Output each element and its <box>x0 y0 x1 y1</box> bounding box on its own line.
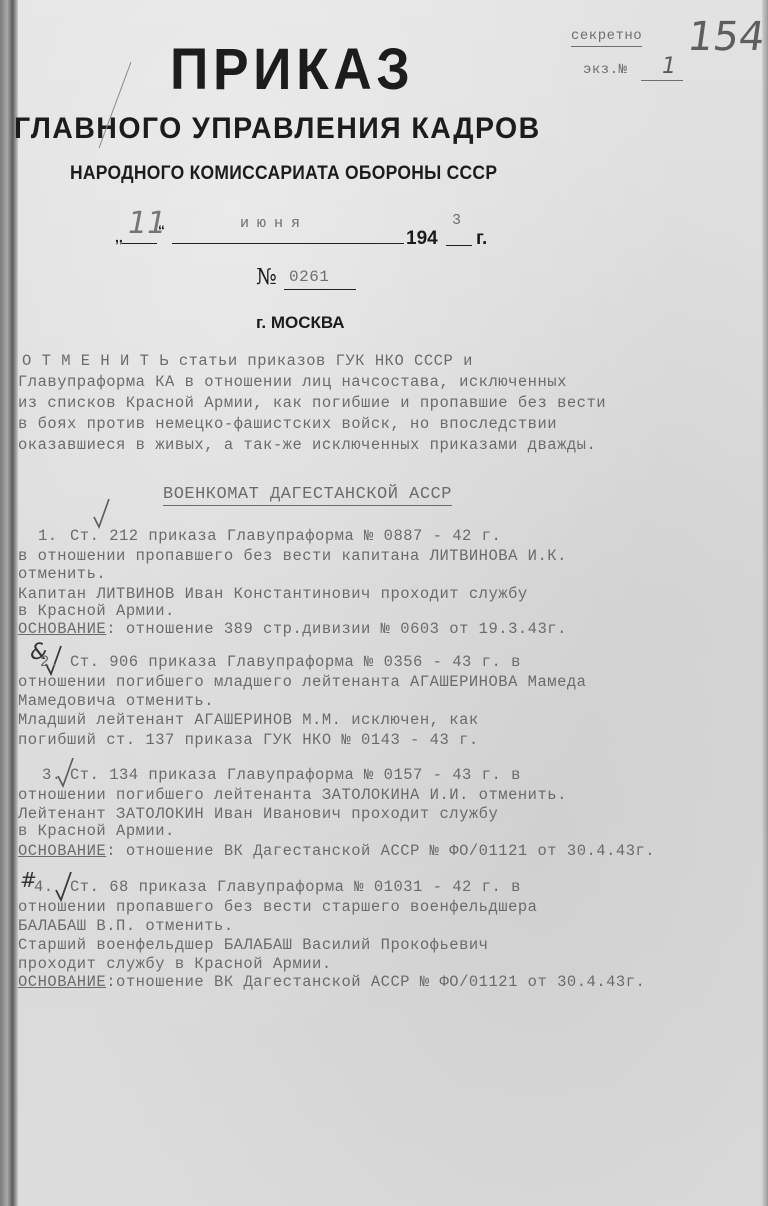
date-month-line <box>172 243 404 244</box>
item-number: 2. <box>40 653 60 671</box>
document-subtitle-commissariat: НАРОДНОГО КОМИССАРИАТА ОБОРОНЫ СССР <box>70 163 497 185</box>
copy-number: 1 <box>662 54 676 79</box>
checkmark-icon <box>92 497 110 529</box>
page-binding-edge <box>0 0 18 1206</box>
date-year-abbrev: г. <box>476 228 487 250</box>
date-day-line <box>122 243 157 244</box>
copy-label: экз.№ <box>583 62 628 78</box>
section-heading: ВОЕНКОМАТ ДАГЕСТАНСКОЙ АССР <box>163 485 452 506</box>
item-line: Ст. 212 приказа Главупраформа № 0887 - 4… <box>70 527 501 545</box>
item-line: Младший лейтенант АГАШЕРИНОВ М.М. исключ… <box>18 711 479 729</box>
basis-line: ОСНОВАНИЕ: отношение ВК Дагестанской АСС… <box>18 842 655 860</box>
preamble-line: в боях против немецко-фашистских войск, … <box>18 415 557 433</box>
item-line: Ст. 134 приказа Главупраформа № 0157 - 4… <box>70 766 521 784</box>
basis-text: : отношение 389 стр.дивизии № 0603 от 19… <box>106 620 567 638</box>
preamble-line: Главупраформа КА в отношении лиц начсост… <box>18 373 567 391</box>
item-line: БАЛАБАШ В.П. отменить. <box>18 917 234 935</box>
basis-text: :отношение ВК Дагестанской АССР № ФО/011… <box>106 973 645 991</box>
folio-number: 154 <box>685 14 768 60</box>
item-number: 4. <box>34 878 54 896</box>
copy-number-line <box>641 80 683 81</box>
item-line: в отношении пропавшего без вести капитан… <box>18 547 567 565</box>
item-line: Старший военфельдшер БАЛАБАШ Василий Про… <box>18 936 488 954</box>
date-year-prefix: 194 <box>406 228 438 250</box>
document-title: ПРИКАЗ <box>170 36 414 103</box>
document-subtitle-directorate: ГЛАВНОГО УПРАВЛЕНИЯ КАДРОВ <box>14 112 541 146</box>
item-line: отношении погибшего младшего лейтенанта … <box>18 673 587 691</box>
item-line: отношении погибшего лейтенанта ЗАТОЛОКИН… <box>18 786 567 804</box>
item-line: отменить. <box>18 565 106 583</box>
preamble-line: О Т М Е Н И Т Ь статьи приказов ГУК НКО … <box>22 352 473 370</box>
city: г. МОСКВА <box>256 313 345 333</box>
item-line: проходит службу в Красной Армии. <box>18 955 332 973</box>
basis-line: ОСНОВАНИЕ: отношение 389 стр.дивизии № 0… <box>18 620 567 638</box>
item-line: отношении пропавшего без вести старшего … <box>18 898 537 916</box>
item-line: в Красной Армии. <box>18 822 175 840</box>
item-line: в Красной Армии. <box>18 602 175 620</box>
basis-label: ОСНОВАНИЕ <box>18 973 106 991</box>
item-line: Капитан ЛИТВИНОВ Иван Константинович про… <box>18 585 528 603</box>
basis-text: : отношение ВК Дагестанской АССР № ФО/01… <box>106 842 655 860</box>
scanned-document-page: ПРИКАЗ ГЛАВНОГО УПРАВЛЕНИЯ КАДРОВ НАРОДН… <box>0 0 768 1206</box>
page-right-edge <box>762 0 768 1206</box>
order-number: 0261 <box>289 268 329 286</box>
date-month: июня <box>240 215 308 232</box>
basis-label: ОСНОВАНИЕ <box>18 620 106 638</box>
item-line: Лейтенант ЗАТОЛОКИН Иван Иванович проход… <box>18 805 498 823</box>
date-close-quote: “ <box>158 222 165 238</box>
preamble-line: оказавшиеся в живых, а так-же исключенны… <box>18 436 596 454</box>
number-sign: № <box>256 265 277 290</box>
item-line: Ст. 906 приказа Главупраформа № 0356 - 4… <box>70 653 521 671</box>
item-line: Ст. 68 приказа Главупраформа № 01031 - 4… <box>70 878 521 896</box>
date-year-line <box>446 245 472 246</box>
order-number-line <box>284 289 356 290</box>
pencil-stroke-icon <box>95 60 135 150</box>
item-line: погибший ст. 137 приказа ГУК НКО № 0143 … <box>18 731 479 749</box>
classification-stamp: секретно <box>571 28 642 47</box>
item-line: Мамедовича отменить. <box>18 692 214 710</box>
item-number: 1. <box>38 527 58 545</box>
date-year-suffix: 3 <box>452 212 462 229</box>
basis-line: ОСНОВАНИЕ:отношение ВК Дагестанской АССР… <box>18 973 645 991</box>
basis-label: ОСНОВАНИЕ <box>18 842 106 860</box>
preamble-line: из списков Красной Армии, как погибшие и… <box>18 394 606 412</box>
